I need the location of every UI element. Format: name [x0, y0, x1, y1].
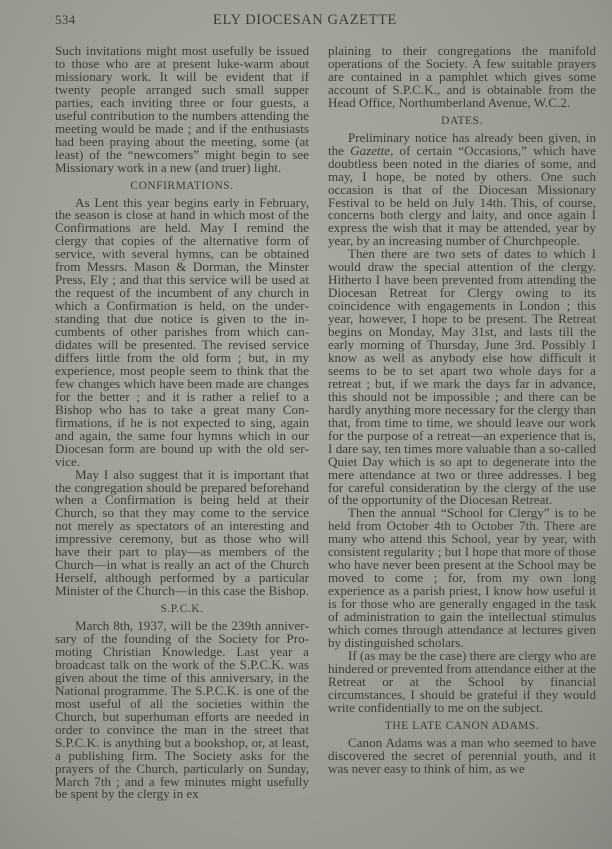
paragraph-spck: March 8th, 1937, will be the 239th anniv…: [55, 620, 309, 801]
paragraph-confirmations-2: May I also suggest that it is important …: [55, 469, 309, 599]
heading-confirmations: CONFIRMATIONS.: [55, 180, 309, 193]
heading-spck: S.P.C.K.: [55, 603, 309, 616]
left-column: Such invitations might most usefully be …: [55, 45, 309, 801]
journal-title: ELY DIOCESAN GAZETTE: [55, 12, 555, 29]
paragraph-dates-2: Then there are two sets of dates to whic…: [328, 248, 596, 507]
paragraph-dates-1: Preliminary notice has already been give…: [328, 132, 596, 249]
paragraph-spck-continued: plaining to their congregations the mani…: [328, 45, 596, 110]
right-column: plaining to their congregations the mani…: [328, 45, 596, 776]
gazette-page: 534 ELY DIOCESAN GAZETTE Such invitation…: [0, 0, 612, 849]
heading-canon-adams: THE LATE CANON ADAMS.: [328, 720, 596, 733]
paragraph-canon-adams: Canon Adams was a man who seemed to have…: [328, 737, 596, 776]
paragraph-confirmations-1: As Lent this year begins early in Februa…: [55, 197, 309, 469]
running-head: 534 ELY DIOCESAN GAZETTE: [55, 12, 555, 30]
paragraph-dates-3: Then the annual “School for Clergy” is t…: [328, 507, 596, 649]
paragraph-supper-parties: Such invitations might most usefully be …: [55, 45, 309, 175]
paragraph-dates-4: If (as may be the case) there are clergy…: [328, 650, 596, 715]
heading-dates: DATES.: [328, 115, 596, 128]
dates-1-text-after: , of certain “Occasions,” which have dou…: [328, 143, 596, 249]
